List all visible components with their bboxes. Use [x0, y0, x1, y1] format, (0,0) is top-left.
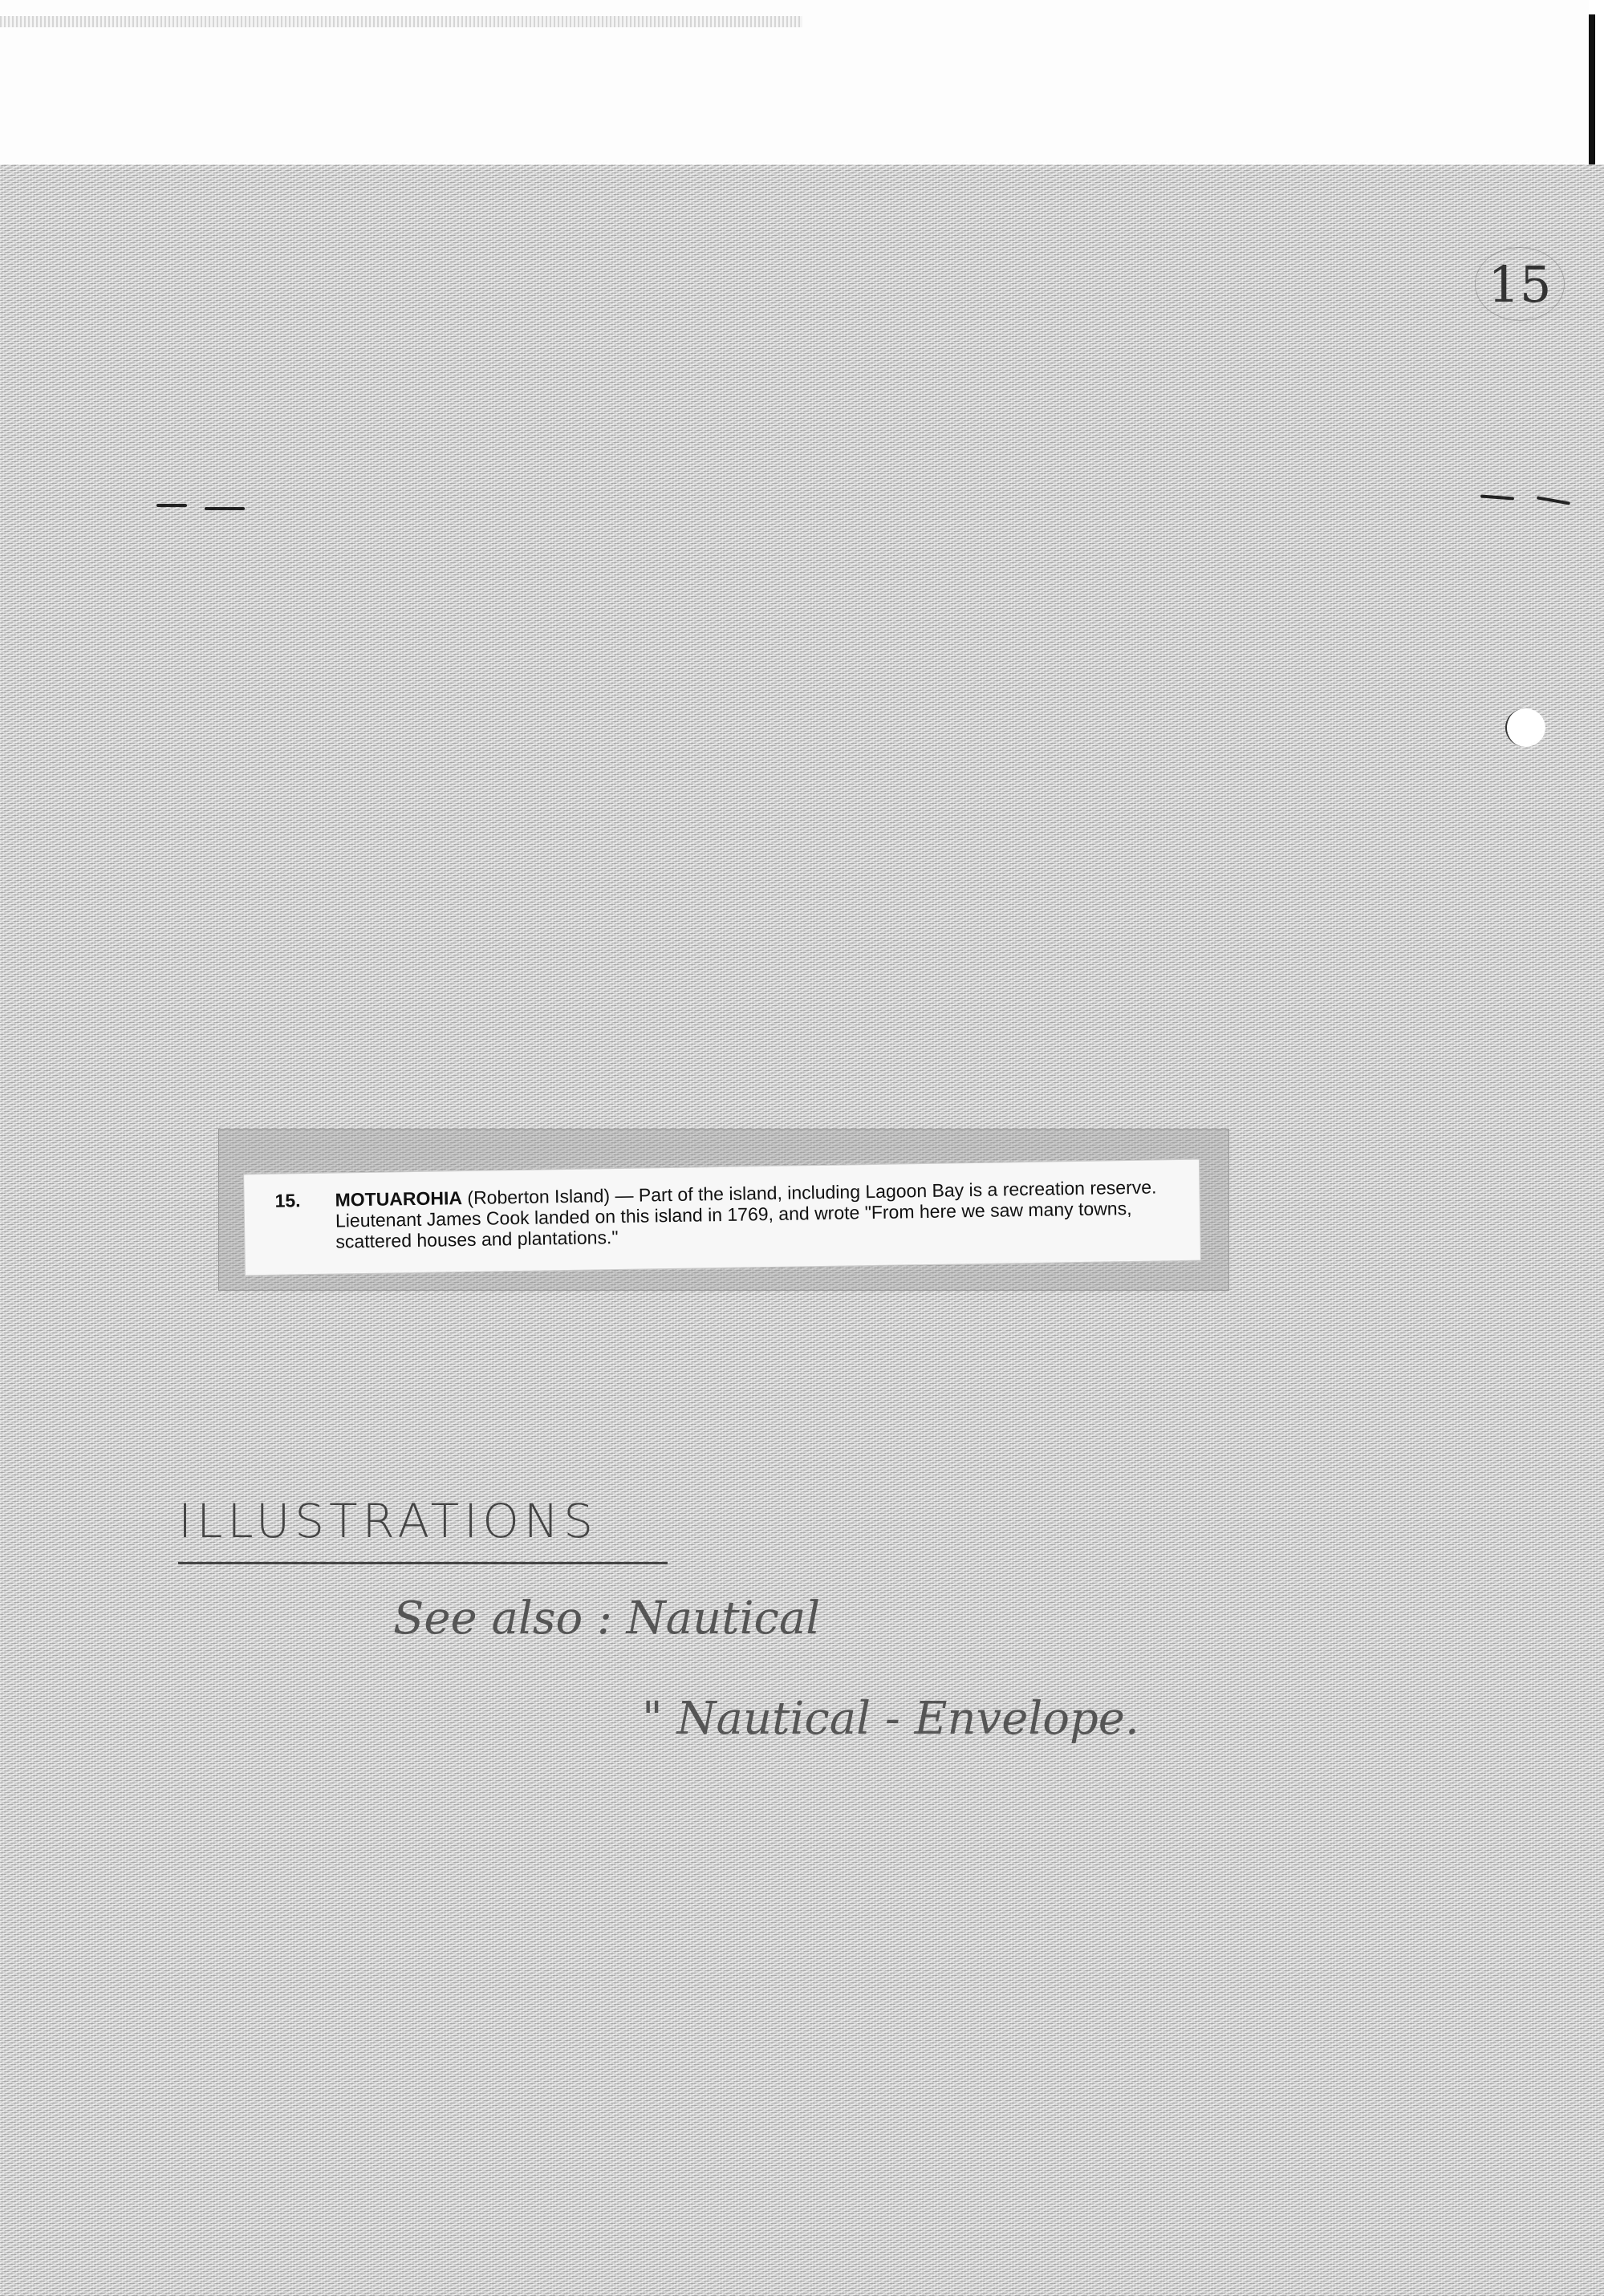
clipping-text: 15. MOTUAROHIA (Roberton Island) — Part …	[274, 1176, 1184, 1253]
heading-underline	[178, 1562, 668, 1564]
handwritten-see-also: See also : Nautical	[393, 1592, 820, 1645]
clipping-number: 15.	[274, 1190, 300, 1211]
handwritten-heading: ILLUSTRATIONS	[178, 1494, 598, 1548]
clipping-title: MOTUAROHIA	[335, 1187, 462, 1210]
punch-hole	[1505, 708, 1545, 747]
left-dash-mark	[156, 504, 187, 507]
left-dash-mark-2	[205, 507, 245, 510]
scan-edge	[1589, 14, 1595, 167]
handwritten-see-also-2: " Nautical - Envelope.	[642, 1693, 1139, 1745]
page-number: 15	[1475, 247, 1565, 321]
scan-top-margin	[0, 0, 1589, 164]
newspaper-clipping: 15. MOTUAROHIA (Roberton Island) — Part …	[244, 1160, 1200, 1276]
scan-noise	[0, 16, 802, 27]
